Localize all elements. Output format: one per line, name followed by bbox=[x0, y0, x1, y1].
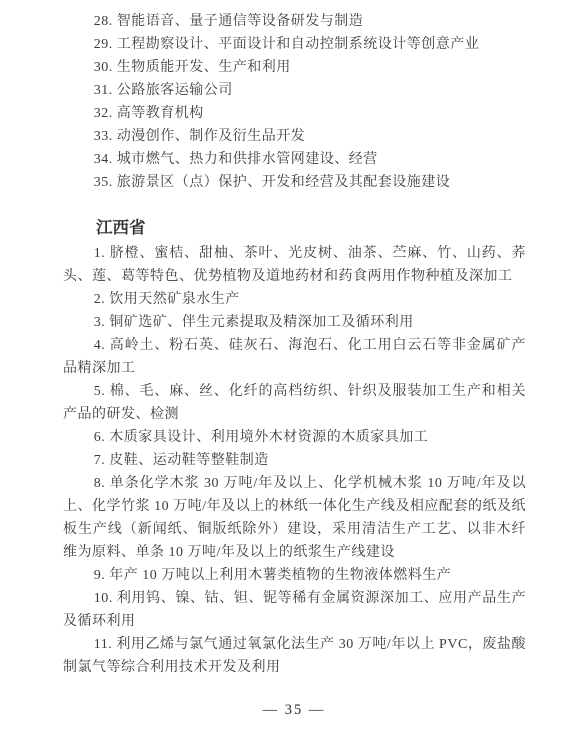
item-number: 8. bbox=[94, 476, 106, 491]
item-text: 铜矿选矿、伴生元素提取及精深加工及循环利用 bbox=[109, 315, 414, 330]
item-text: 皮鞋、运动鞋等整鞋制造 bbox=[109, 453, 269, 468]
item-number: 33. bbox=[94, 129, 113, 144]
item-number: 5. bbox=[94, 384, 106, 399]
list-item: 33. 动漫创作、制作及衍生品开发 bbox=[63, 125, 526, 148]
item-number: 6. bbox=[94, 430, 106, 445]
item-number: 34. bbox=[94, 152, 113, 167]
document-content: 28. 智能语音、量子通信等设备研发与制造29. 工程勘察设计、平面设计和自动控… bbox=[0, 0, 588, 679]
item-text: 棉、毛、麻、丝、化纤的高档纺织、针织及服装加工生产和相关产品的研发、检测 bbox=[63, 384, 526, 422]
item-number: 9. bbox=[94, 568, 106, 583]
list-item: 7. 皮鞋、运动鞋等整鞋制造 bbox=[63, 449, 526, 472]
item-text: 工程勘察设计、平面设计和自动控制系统设计等创意产业 bbox=[117, 37, 480, 52]
item-text: 动漫创作、制作及衍生品开发 bbox=[117, 129, 306, 144]
item-number: 1. bbox=[94, 246, 106, 261]
item-number: 32. bbox=[94, 106, 113, 121]
list-item: 2. 饮用天然矿泉水生产 bbox=[63, 288, 526, 311]
item-number: 29. bbox=[94, 37, 113, 52]
item-number: 4. bbox=[94, 338, 106, 353]
item-number: 35. bbox=[94, 175, 113, 190]
list-item: 9. 年产 10 万吨以上利用木薯类植物的生物液体燃料生产 bbox=[63, 564, 526, 587]
item-number: 28. bbox=[94, 14, 113, 29]
list-item: 3. 铜矿选矿、伴生元素提取及精深加工及循环利用 bbox=[63, 311, 526, 334]
item-number: 11. bbox=[94, 637, 112, 652]
page-number: — 35 — bbox=[0, 702, 588, 719]
item-text: 高等教育机构 bbox=[117, 106, 204, 121]
item-text: 利用乙烯与氯气通过氧氯化法生产 30 万吨/年以上 PVC，废盐酸制氯气等综合利… bbox=[63, 637, 526, 675]
item-number: 10. bbox=[94, 591, 113, 606]
item-text: 城市燃气、热力和供排水管网建设、经营 bbox=[117, 152, 378, 167]
list-item: 30. 生物质能开发、生产和利用 bbox=[63, 56, 526, 79]
item-text: 年产 10 万吨以上利用木薯类植物的生物液体燃料生产 bbox=[109, 568, 451, 583]
item-number: 2. bbox=[94, 292, 106, 307]
item-text: 利用钨、镍、钴、钽、铌等稀有金属资源深加工、应用产品生产及循环利用 bbox=[63, 591, 526, 629]
item-text: 智能语音、量子通信等设备研发与制造 bbox=[117, 14, 364, 29]
item-text: 木质家具设计、利用境外木材资源的木质家具加工 bbox=[109, 430, 428, 445]
list-item: 34. 城市燃气、热力和供排水管网建设、经营 bbox=[63, 148, 526, 171]
item-number: 3. bbox=[94, 315, 106, 330]
list-item: 31. 公路旅客运输公司 bbox=[63, 79, 526, 102]
item-text: 生物质能开发、生产和利用 bbox=[117, 60, 291, 75]
list-item: 4. 高岭土、粉石英、硅灰石、海泡石、化工用白云石等非金属矿产品精深加工 bbox=[63, 334, 526, 380]
list-item: 5. 棉、毛、麻、丝、化纤的高档纺织、针织及服装加工生产和相关产品的研发、检测 bbox=[63, 380, 526, 426]
item-text: 旅游景区（点）保护、开发和经营及其配套设施建设 bbox=[117, 175, 451, 190]
item-text: 单条化学木浆 30 万吨/年及以上、化学机械木浆 10 万吨/年及以上、化学竹浆… bbox=[63, 476, 526, 560]
item-text: 饮用天然矿泉水生产 bbox=[109, 292, 240, 307]
list-item: 10. 利用钨、镍、钴、钽、铌等稀有金属资源深加工、应用产品生产及循环利用 bbox=[63, 587, 526, 633]
item-number: 7. bbox=[94, 453, 106, 468]
list-item: 6. 木质家具设计、利用境外木材资源的木质家具加工 bbox=[63, 426, 526, 449]
section-heading: 江西省 bbox=[63, 216, 526, 240]
list-item: 35. 旅游景区（点）保护、开发和经营及其配套设施建设 bbox=[63, 171, 526, 194]
item-text: 脐橙、蜜桔、甜柚、茶叶、光皮树、油茶、苎麻、竹、山药、荞头、莲、葛等特色、优势植… bbox=[63, 246, 526, 284]
item-number: 30. bbox=[94, 60, 113, 75]
list-item: 32. 高等教育机构 bbox=[63, 102, 526, 125]
item-text: 高岭土、粉石英、硅灰石、海泡石、化工用白云石等非金属矿产品精深加工 bbox=[63, 338, 526, 376]
list-item: 28. 智能语音、量子通信等设备研发与制造 bbox=[63, 10, 526, 33]
list-item: 8. 单条化学木浆 30 万吨/年及以上、化学机械木浆 10 万吨/年及以上、化… bbox=[63, 472, 526, 564]
item-number: 31. bbox=[94, 83, 113, 98]
document-page: 28. 智能语音、量子通信等设备研发与制造29. 工程勘察设计、平面设计和自动控… bbox=[0, 0, 588, 737]
list-item: 1. 脐橙、蜜桔、甜柚、茶叶、光皮树、油茶、苎麻、竹、山药、荞头、莲、葛等特色、… bbox=[63, 242, 526, 288]
list-item: 29. 工程勘察设计、平面设计和自动控制系统设计等创意产业 bbox=[63, 33, 526, 56]
list-item: 11. 利用乙烯与氯气通过氧氯化法生产 30 万吨/年以上 PVC，废盐酸制氯气… bbox=[63, 633, 526, 679]
item-text: 公路旅客运输公司 bbox=[117, 83, 233, 98]
